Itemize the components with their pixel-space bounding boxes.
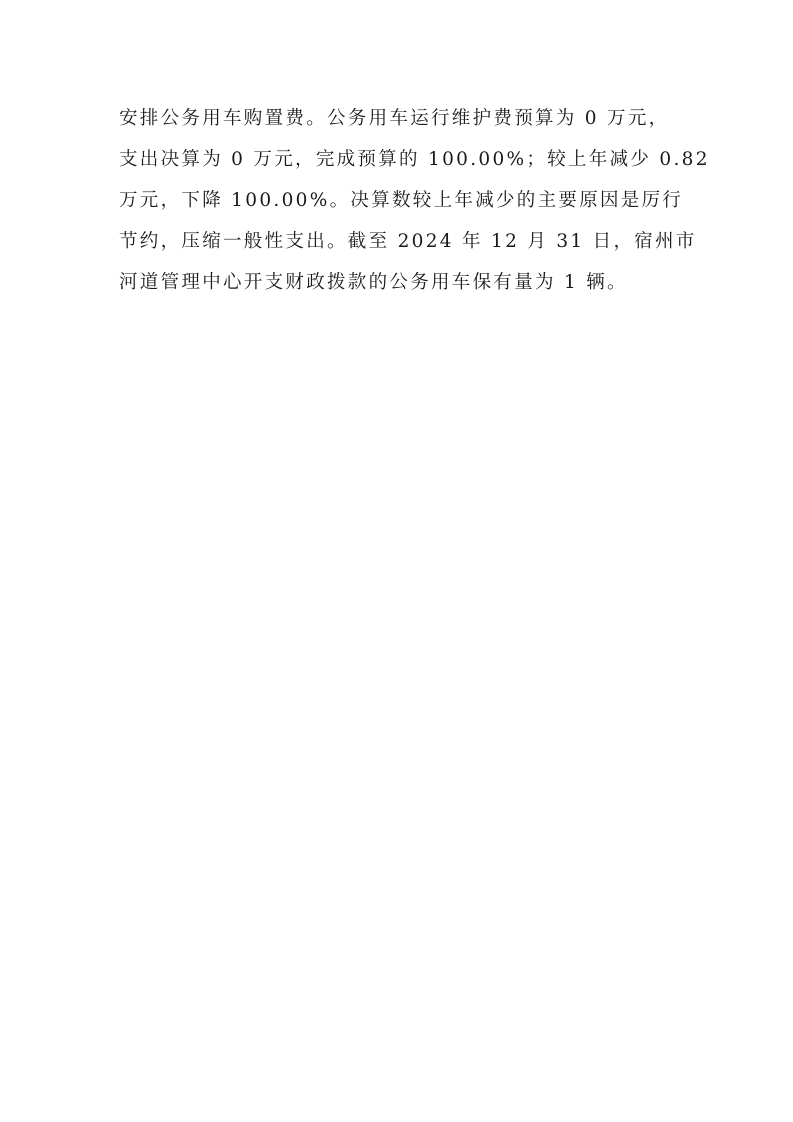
document-page: 安排公务用车购置费。公务用车运行维护费预算为 0 万元， 支出决算为 0 万元，…: [119, 98, 679, 303]
body-paragraph: 安排公务用车购置费。公务用车运行维护费预算为 0 万元， 支出决算为 0 万元，…: [119, 98, 679, 303]
paragraph-line: 节约，压缩一般性支出。截至 2024 年 12 月 31 日，宿州市: [119, 221, 679, 262]
paragraph-line: 安排公务用车购置费。公务用车运行维护费预算为 0 万元，: [119, 98, 679, 139]
paragraph-line: 河道管理中心开支财政拨款的公务用车保有量为 1 辆。: [119, 262, 679, 303]
paragraph-line: 万元，下降 100.00%。决算数较上年减少的主要原因是厉行: [119, 180, 679, 221]
paragraph-line: 支出决算为 0 万元，完成预算的 100.00%；较上年减少 0.82: [119, 139, 679, 180]
